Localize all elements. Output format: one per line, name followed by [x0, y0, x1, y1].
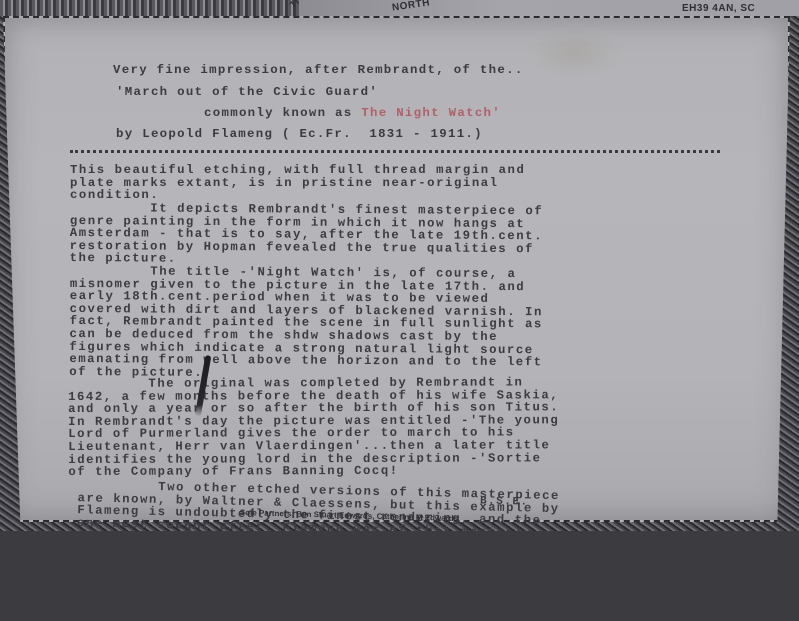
header-line-1: Very fine impression, after Rembrandt, o… [113, 63, 524, 77]
paragraph: The title -'Night Watch' is, of course, … [69, 265, 770, 383]
paragraph: It depicts Rembrandt's finest masterpiec… [70, 202, 770, 270]
header-title-red: 'March out of the Civic Guard' [116, 85, 378, 99]
document-body: This beautiful etching, with full thread… [70, 164, 770, 531]
header-alt-title-red: The Night Watch' [361, 106, 501, 120]
dotted-rule [70, 150, 720, 155]
text-line: plate marks extant, is in pristine near-… [70, 177, 770, 190]
signature-initials: B.S.E. [480, 495, 529, 508]
header-artist-line: by Leopold Flameng ( Ec.Fr. 1831 - 1911.… [116, 127, 483, 141]
paper-stain [525, 28, 625, 78]
letterhead-postcode: EH39 4AN, SC [682, 3, 755, 14]
text-line: condition. [70, 189, 770, 202]
text-line: of the Company of Frans Banning Cocq! [68, 464, 768, 479]
letterhead-band: TI NORTH EH39 4AN, SC [0, 0, 799, 16]
header-line-3: commonly known as The Night Watch' [204, 106, 501, 120]
paragraph: Two other etched versions of this master… [75, 479, 778, 531]
text-line: This beautiful etching, with full thread… [70, 164, 770, 177]
paragraph: This beautiful etching, with full thread… [70, 164, 770, 202]
paragraph: The original was completed by Rembrandt … [68, 376, 768, 479]
header-commonly-known: commonly known as [204, 106, 361, 120]
paragraphs: This beautiful etching, with full thread… [70, 164, 770, 531]
